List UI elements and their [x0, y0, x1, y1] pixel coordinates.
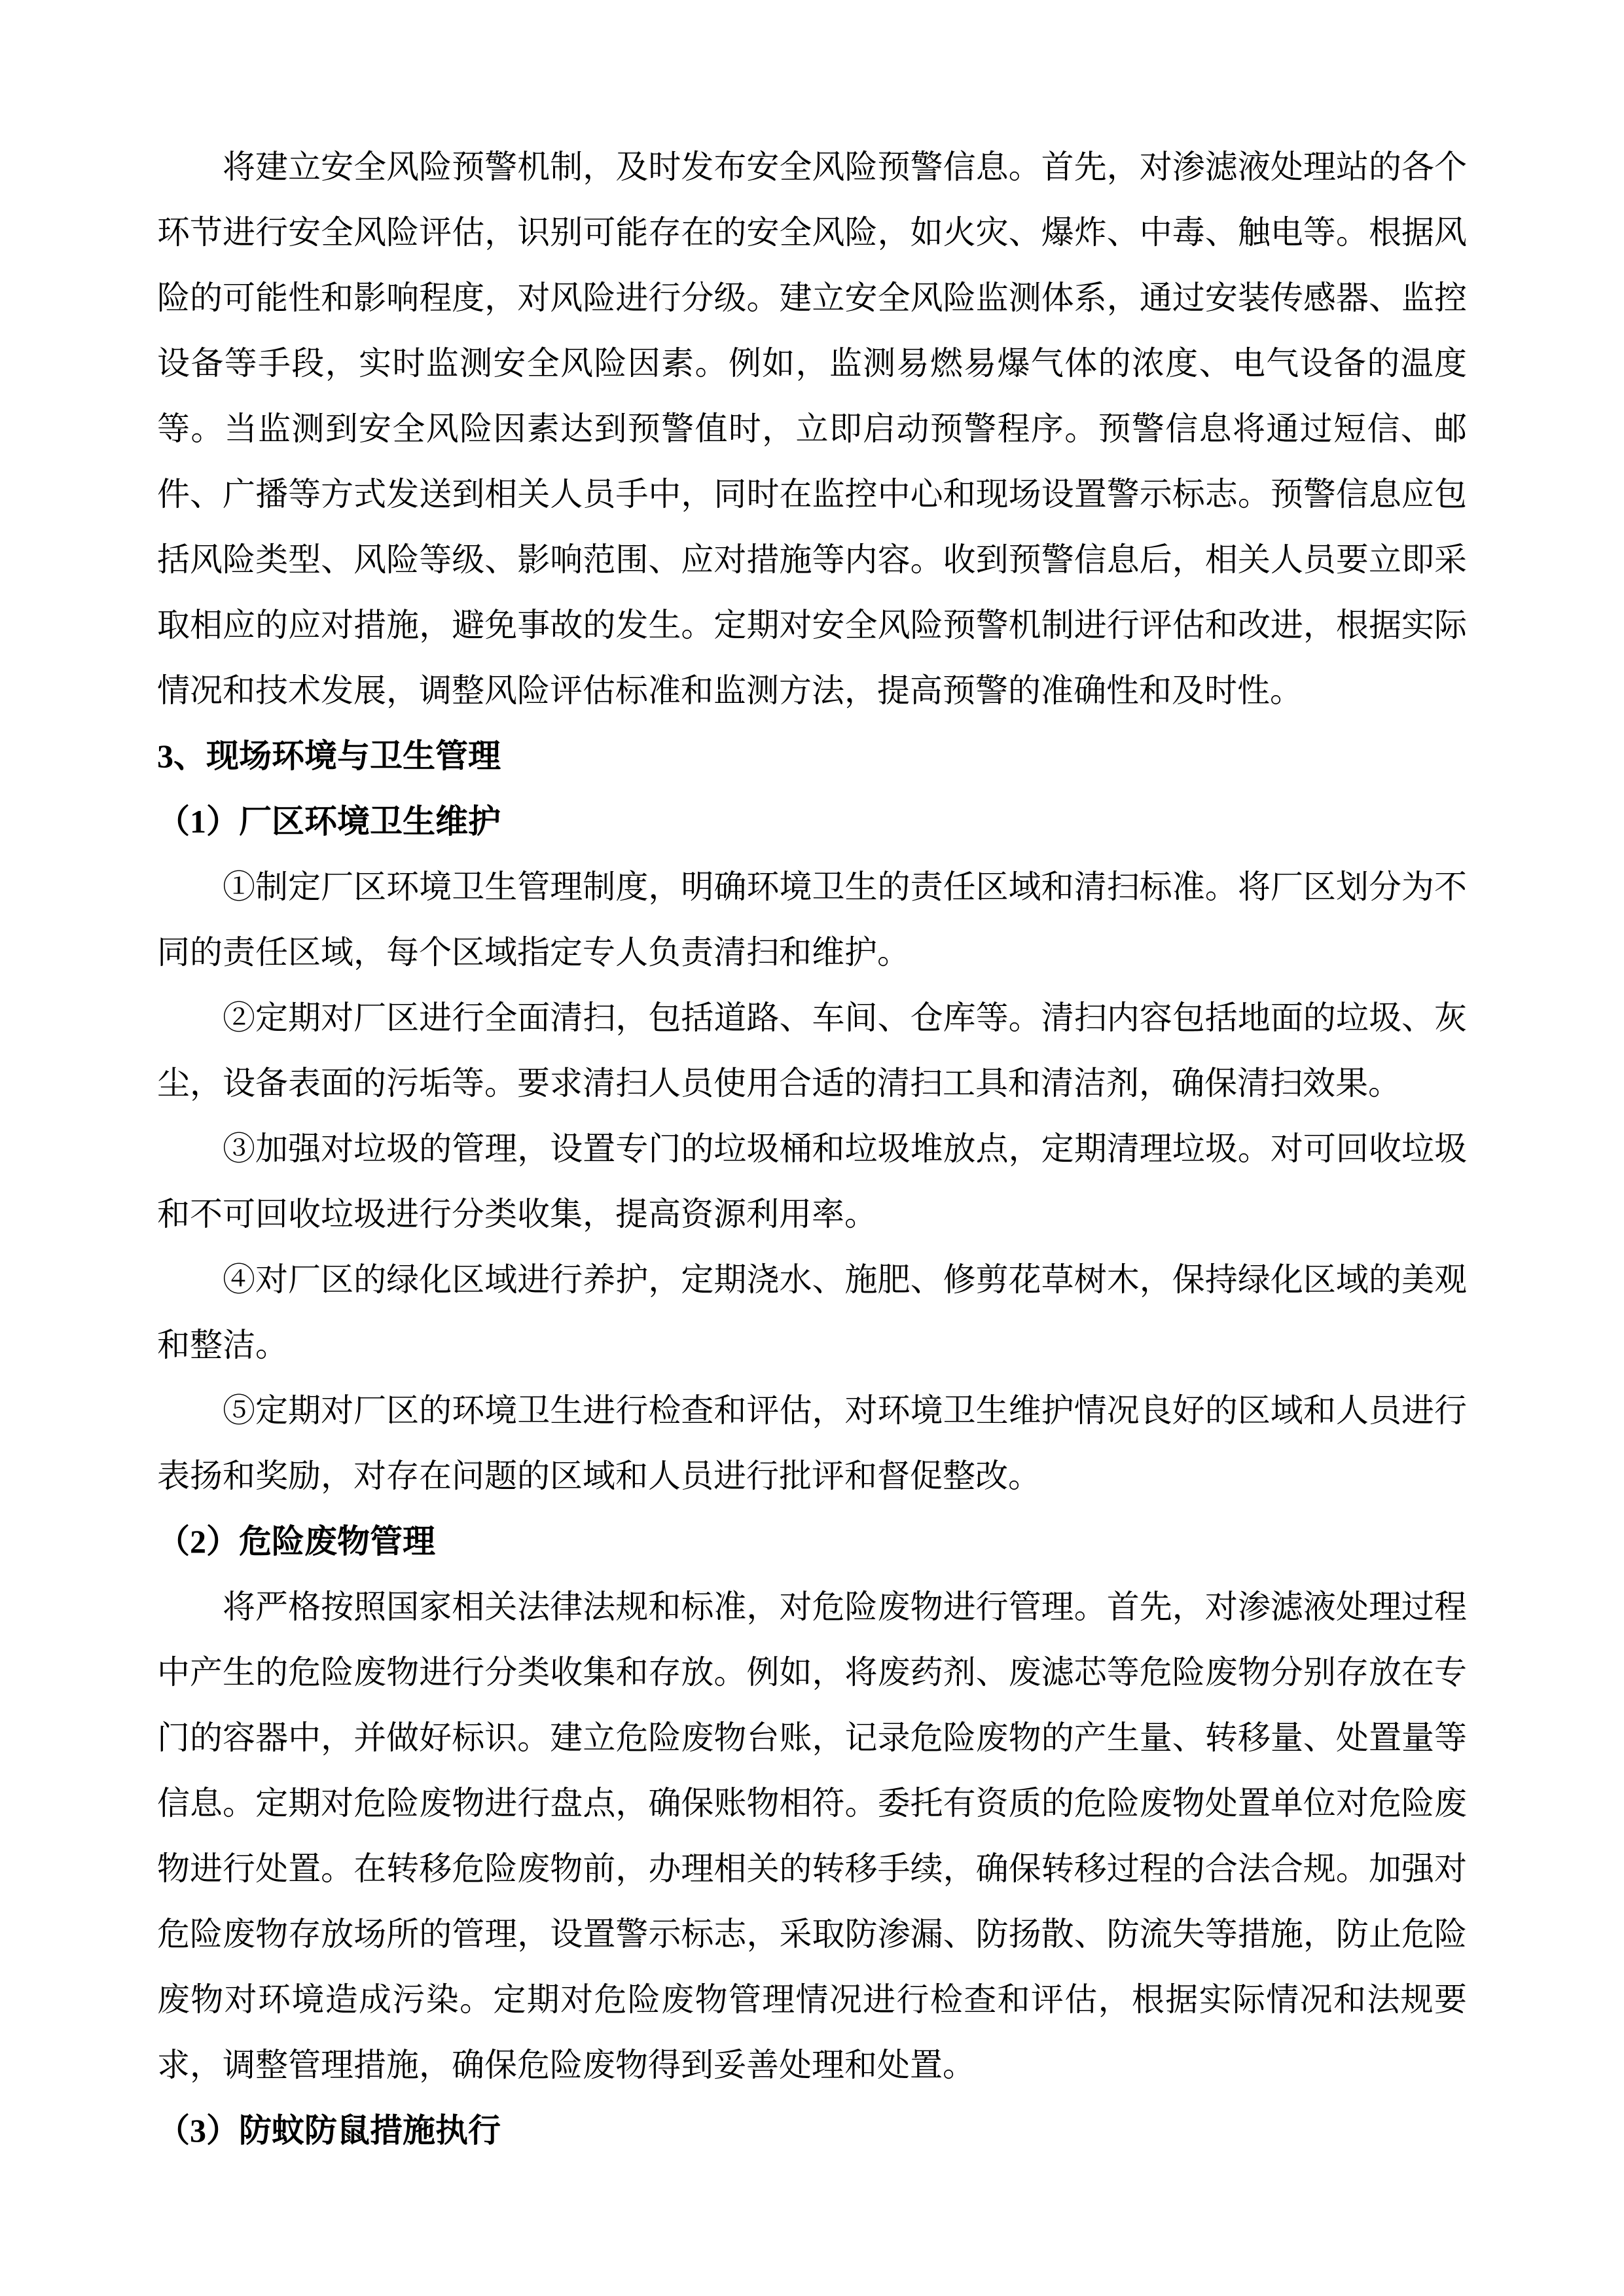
heading-site-environment-hygiene-management: 3、现场环境与卫生管理	[157, 723, 1467, 789]
heading-mosquito-rodent-control: （3）防蚊防鼠措施执行	[157, 2098, 1467, 2163]
para-regular-full-cleaning: ②定期对厂区进行全面清扫，包括道路、车间、仓库等。清扫内容包括地面的垃圾、灰尘，…	[157, 985, 1467, 1116]
heading-factory-area-hygiene-maintenance: （1）厂区环境卫生维护	[157, 789, 1467, 854]
document-page: 将建立安全风险预警机制，及时发布安全风险预警信息。首先，对渗滤液处理站的各个环节…	[0, 0, 1624, 2296]
para-garbage-management: ③加强对垃圾的管理，设置专门的垃圾桶和垃圾堆放点，定期清理垃圾。对可回收垃圾和不…	[157, 1116, 1467, 1247]
para-hazardous-waste-management-detail: 将严格按照国家相关法律法规和标准，对危险废物进行管理。首先，对渗滤液处理过程中产…	[157, 1574, 1467, 2098]
para-greening-maintenance: ④对厂区的绿化区域进行养护，定期浇水、施肥、修剪花草树木，保持绿化区域的美观和整…	[157, 1247, 1467, 1378]
para-hygiene-management-system: ①制定厂区环境卫生管理制度，明确环境卫生的责任区域和清扫标准。将厂区划分为不同的…	[157, 854, 1467, 985]
para-hygiene-inspection-evaluation: ⑤定期对厂区的环境卫生进行检查和评估，对环境卫生维护情况良好的区域和人员进行表扬…	[157, 1378, 1467, 1509]
heading-hazardous-waste-management: （2）危险废物管理	[157, 1509, 1467, 1574]
para-risk-warning-mechanism: 将建立安全风险预警机制，及时发布安全风险预警信息。首先，对渗滤液处理站的各个环节…	[157, 134, 1467, 723]
document-body: 将建立安全风险预警机制，及时发布安全风险预警信息。首先，对渗滤液处理站的各个环节…	[157, 134, 1467, 2163]
